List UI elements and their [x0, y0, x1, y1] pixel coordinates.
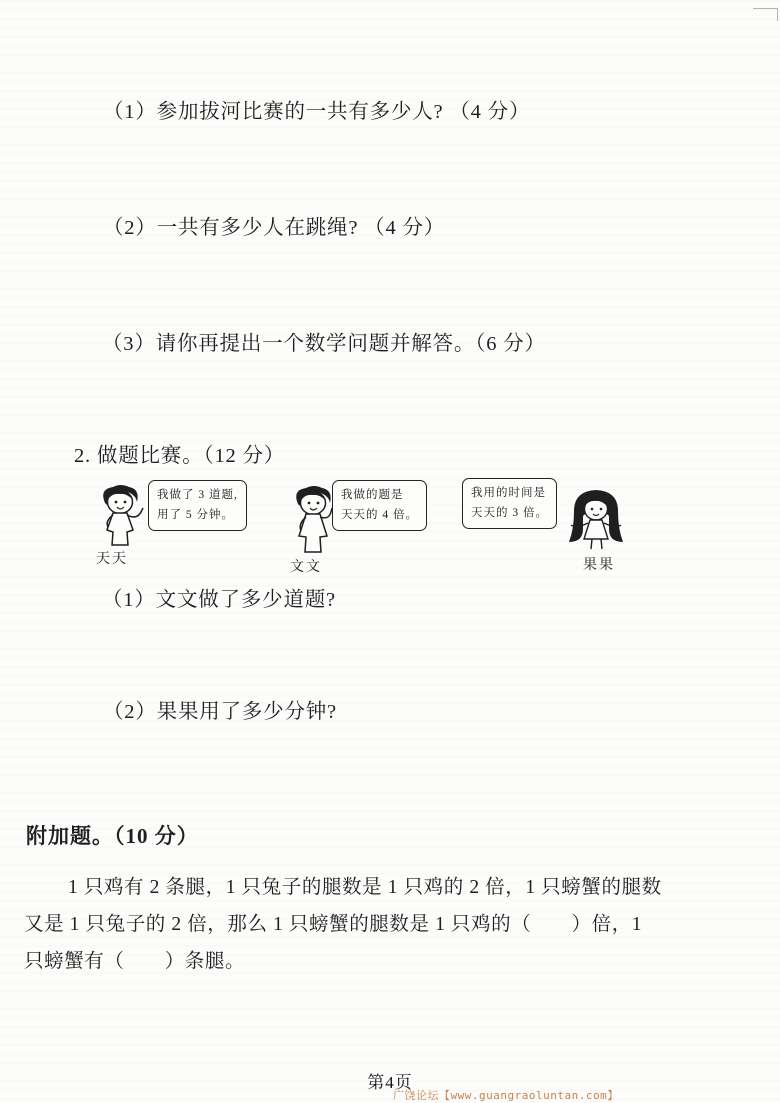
wenwen-speech-line-2: 天天的 4 倍。 — [341, 505, 418, 525]
wenwen-speech-bubble: 我做的题是 天天的 4 倍。 — [332, 480, 427, 531]
girl-figure-icon — [564, 488, 628, 554]
footer-page-number: 第4页 — [0, 1068, 780, 1093]
question-2-2: （2）果果用了多少分钟? — [103, 694, 337, 724]
bonus-title: 附加题。（10 分） — [26, 820, 199, 850]
bubble-tail-icon — [548, 487, 565, 504]
guoguo-speech-bubble: 我用的时间是 天天的 3 倍。 — [462, 478, 557, 529]
bonus-paragraph-line-2: 又是 1 只兔子的 2 倍，那么 1 只螃蟹的腿数是 1 只鸡的（ ）倍，1 — [24, 908, 642, 936]
question-1-1: （1）参加拔河比赛的一共有多少人? （4 分） — [103, 94, 530, 124]
guoguo-speech-line-2: 天天的 3 倍。 — [471, 503, 548, 523]
scan-artifact — [753, 8, 778, 21]
worksheet-page: （1）参加拔河比赛的一共有多少人? （4 分） （2）一共有多少人在跳绳? （4… — [0, 0, 780, 1103]
tiantian-speech-line-1: 我做了 3 道题, — [157, 485, 238, 505]
bonus-paragraph-line-3: 只螃蟹有（ ）条腿。 — [24, 945, 245, 973]
boy-figure-icon — [92, 483, 148, 549]
footer-watermark: 广饶论坛【www.guangraoluntan.com】 — [393, 1087, 619, 1103]
guoguo-figure — [564, 488, 628, 554]
tiantian-figure — [92, 483, 148, 549]
question-1-2: （2）一共有多少人在跳绳? （4 分） — [103, 210, 445, 240]
problem-2-title: 2. 做题比赛。（12 分） — [74, 438, 285, 468]
tiantian-speech-line-2: 用了 5 分钟。 — [157, 505, 238, 525]
guoguo-speech-line-1: 我用的时间是 — [471, 483, 548, 503]
tiantian-label: 天天 — [96, 548, 128, 568]
bonus-paragraph-line-1: 1 只鸡有 2 条腿，1 只兔子的腿数是 1 只鸡的 2 倍，1 只螃蟹的腿数 — [24, 871, 662, 899]
guoguo-label: 果果 — [583, 554, 615, 574]
wenwen-label: 文文 — [290, 556, 322, 576]
question-2-1: （1）文文做了多少道题? — [102, 582, 336, 612]
wenwen-speech-line-1: 我做的题是 — [341, 485, 418, 505]
tiantian-speech-bubble: 我做了 3 道题, 用了 5 分钟。 — [148, 480, 247, 531]
question-1-3: （3）请你再提出一个数学问题并解答。（6 分） — [102, 326, 546, 356]
cartoon-row: 天天 我做了 3 道题, 用了 5 分钟。 文文 我做的题是 天 — [0, 470, 780, 580]
